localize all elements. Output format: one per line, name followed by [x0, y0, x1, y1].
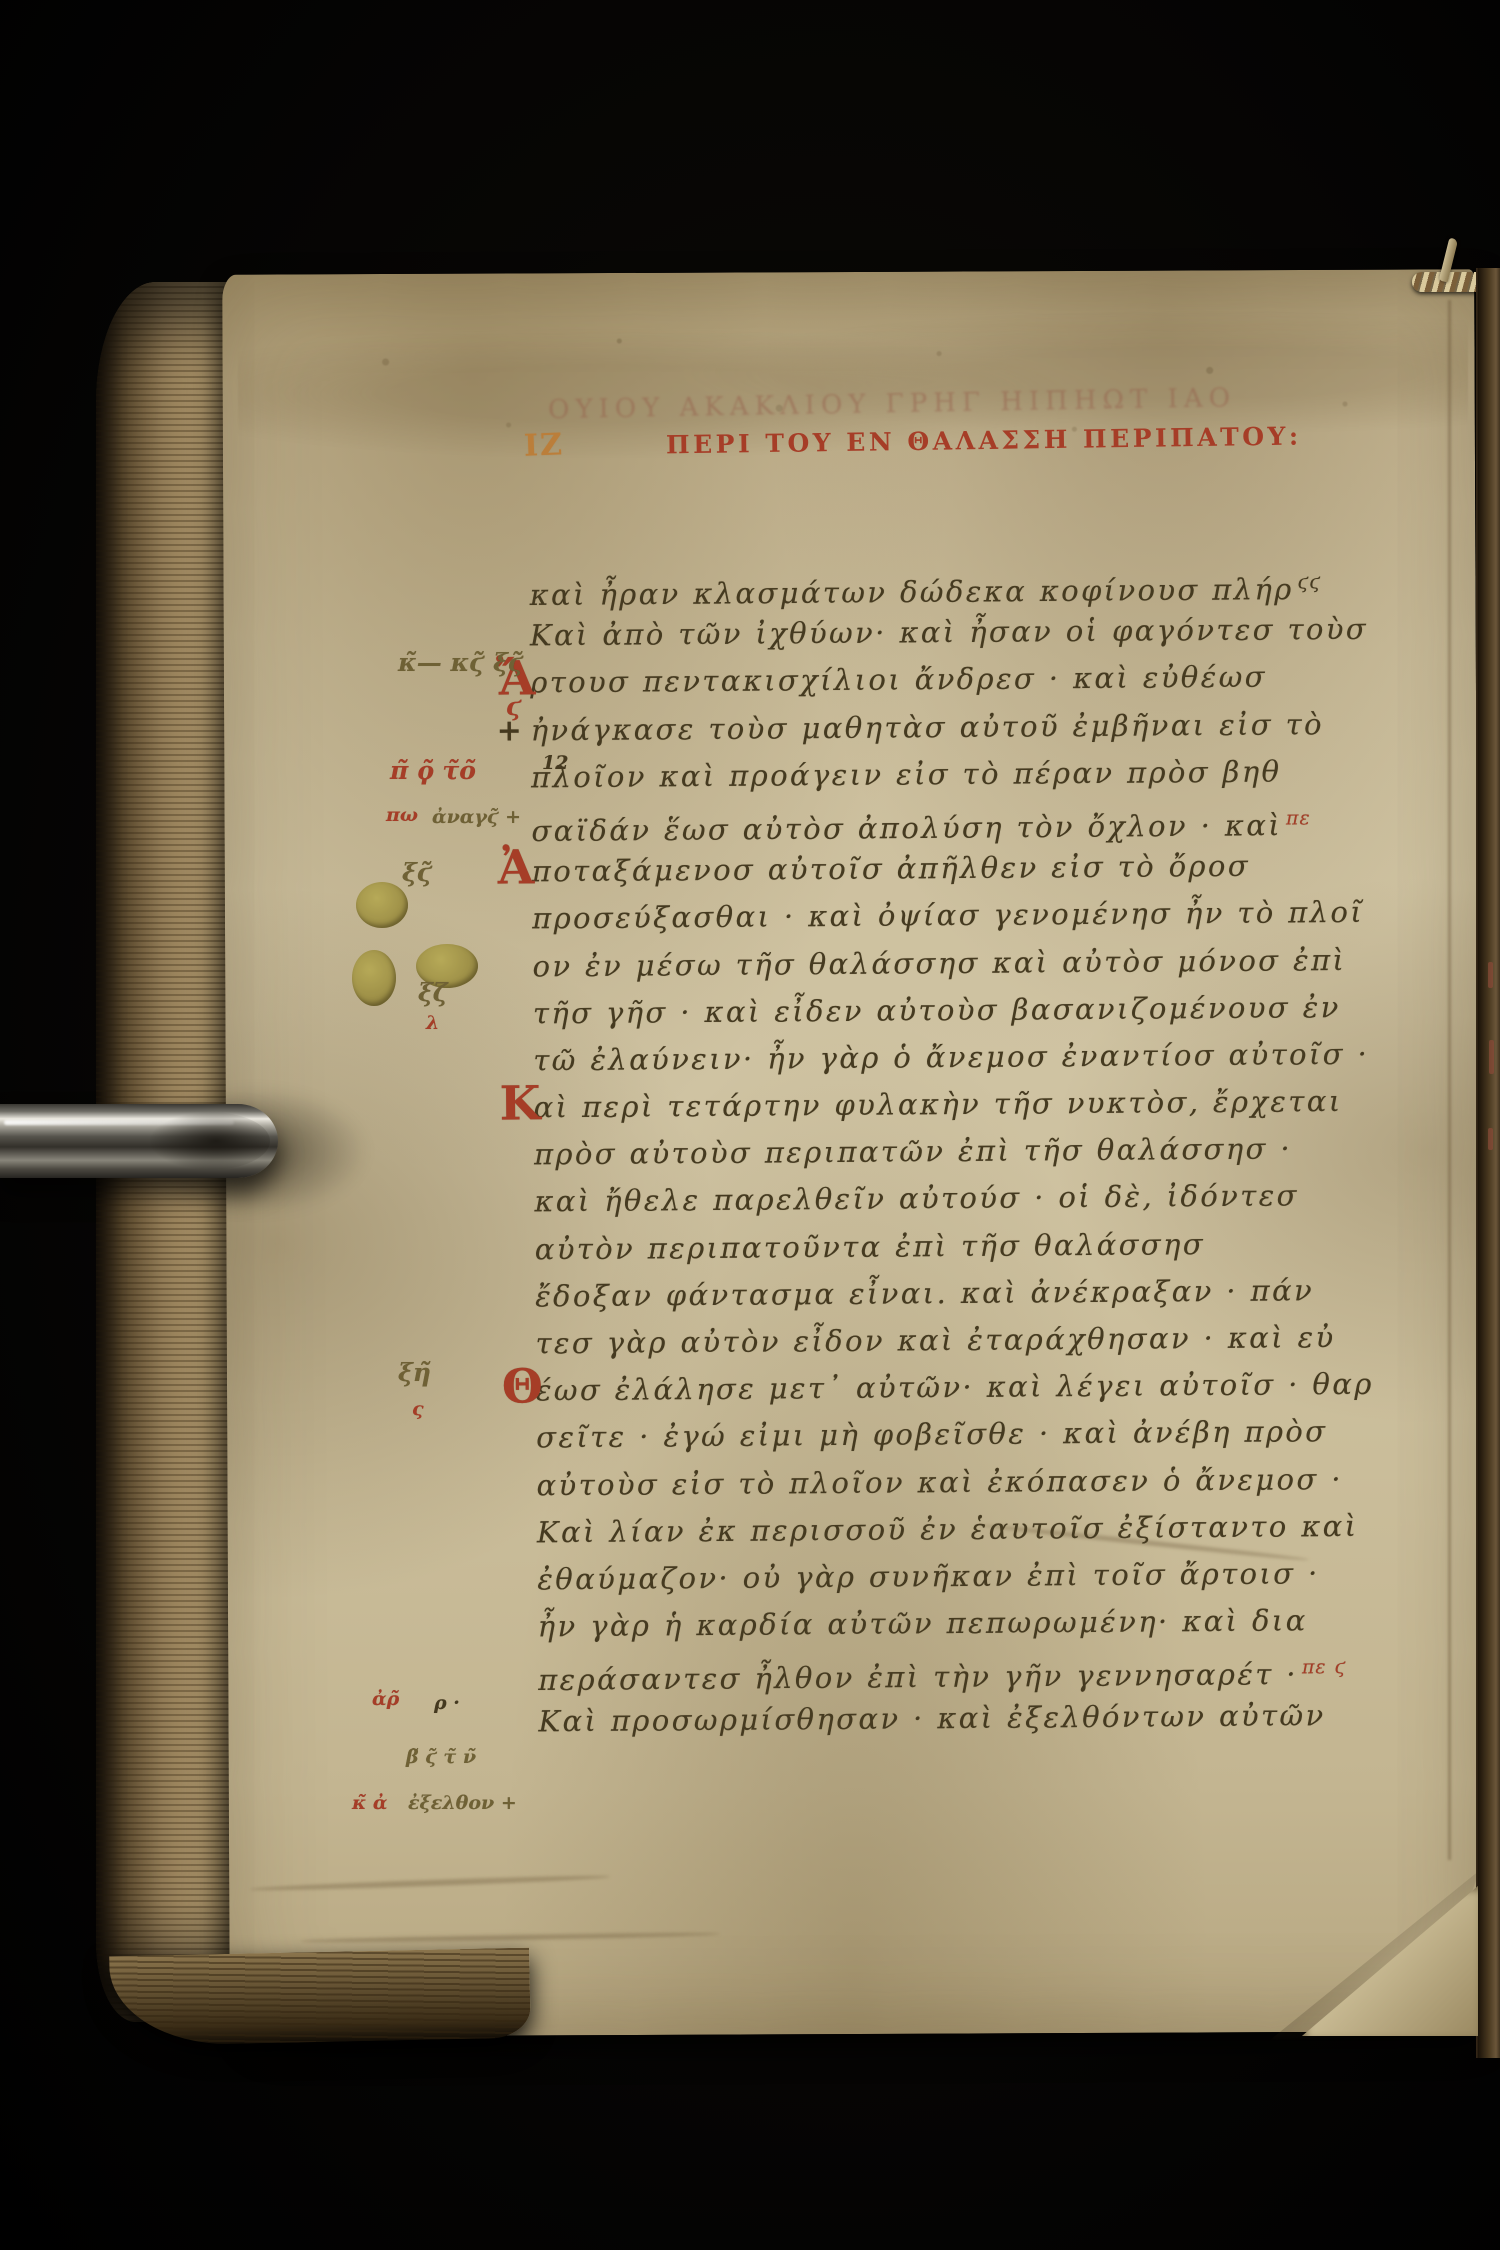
edge-red-mark [1488, 1128, 1493, 1150]
chapter-number: ΙΖ [523, 427, 564, 463]
line-text: πλοῖον καὶ προάγειν εἰσ τὸ πέραν πρὸσ βη… [531, 754, 1282, 794]
text-line: Καὶ ἀπὸ τῶν ἰχθύων· καὶ ἦσαν οἱ φαγόντεσ… [530, 606, 1390, 660]
line-text: ἠνάγκασε τοὺσ μαθητὰσ αὐτοῦ ἐμβῆναι εἰσ … [531, 707, 1325, 747]
line-text: Καὶ προσωρμίσθησαν · καὶ ἐξελθόντων αὐτῶ… [538, 1698, 1325, 1738]
text-block: καὶ ἦραν κλασμάτων δώδεκα κοφίνουσ πλήρϛ… [529, 559, 1398, 1745]
text-line: Ἄρτουσ πεντακισχίλιοι ἄνδρεσ · καὶ εὐθέω… [530, 653, 1390, 707]
line-text: καὶ ἤθελε παρελθεῖν αὐτούσ · οἱ δὲ, ἰδόν… [534, 1179, 1299, 1219]
margin-note-bottom1-dark: ρ · [434, 1692, 460, 1714]
text-line: αὐτοὺσ εἰσ τὸ πλοῖον καὶ ἐκόπασεν ὁ ἄνεμ… [536, 1455, 1396, 1509]
line-text: έωσ ἐλάλησε μετ᾽ αὐτῶν· καὶ λέγει αὐτοῖσ… [536, 1367, 1374, 1408]
line-text: Καὶ λίαν ἐκ περισσοῦ ἐν ἑαυτοῖσ ἐξίσταντ… [537, 1509, 1359, 1549]
drop-cap: Θ [502, 1363, 546, 1410]
wax-stain [352, 950, 396, 1006]
line-text: ον ἐν μέσω τῆσ θαλάσσησ καὶ αὐτὸσ μόνοσ … [532, 942, 1346, 982]
margin-note-canon-row2-num: 12 [542, 752, 568, 774]
text-line: καὶ ἦραν κλασμάτων δώδεκα κοφίνουσ πλήρϛ… [529, 559, 1389, 613]
line-text: Καὶ ἀπὸ τῶν ἰχθύων· καὶ ἦσαν οἱ φαγόντεσ… [530, 612, 1368, 653]
line-text: προσεύξασθαι · καὶ ὀψίασ γενομένησ ἦν τὸ… [532, 895, 1364, 936]
line-text: τῶ ἐλαύνειν· ἦν γὰρ ὁ ἄνεμοσ ἐναντίοσ αὐ… [533, 1037, 1369, 1078]
margin-note-bottom1-red: ἀρ̃ [372, 1688, 399, 1710]
page-crease [1448, 300, 1451, 1860]
text-line: σεῖτε · ἐγώ εἰμι μὴ φοβεῖσθε · καὶ ἀνέβη… [536, 1408, 1396, 1462]
line-text: ποταξάμενοσ αὐτοῖσ ἀπῆλθεν εἰσ τὸ ὄροσ [532, 849, 1250, 889]
line-text: ἐθαύμαζον· οὐ γὰρ συνῆκαν ἐπὶ τοῖσ ἄρτοι… [537, 1556, 1320, 1596]
text-line: ον ἐν μέσω τῆσ θαλάσσησ καὶ αὐτὸσ μόνοσ … [532, 936, 1392, 990]
line-text: σαϊδάν ἕωσ αὐτὸσ ἀπολύση τὸν ὄχλον · καὶ [531, 808, 1282, 848]
line-text: αὐτὸν περιπατοῦντα ἐπὶ τῆσ θαλάσσησ [535, 1227, 1206, 1266]
margin-note-section-67-sub: λ [426, 1012, 439, 1034]
margin-note-bottom3-red: κ̃ ἀ [352, 1792, 387, 1814]
text-line: ἦν γὰρ ἡ καρδία αὐτῶν πεπωρωμένη· καὶ δι… [538, 1597, 1398, 1651]
margin-note-section-68: ξη̃ [398, 1358, 431, 1387]
text-line: Καὶ λίαν ἐκ περισσοῦ ἐν ἑαυτοῖσ ἐξίσταντ… [537, 1502, 1397, 1556]
manuscript-photo: { "photo": { "description_labels": { "ch… [0, 0, 1500, 2250]
abbreviation-mark: ϛϛ [1298, 571, 1321, 593]
edge-red-mark [1488, 962, 1493, 988]
text-line: ἐθαύμαζον· οὐ γὰρ συνῆκαν ἐπὶ τοῖσ ἄρτοι… [537, 1550, 1397, 1604]
line-text: ρτουσ πεντακισχίλιοι ἄνδρεσ · καὶ εὐθέωσ [530, 660, 1267, 700]
margin-note-section-66: ξϛ̃ [402, 858, 432, 887]
margin-note-section-67: ξζ [418, 978, 448, 1007]
wax-stain [356, 882, 408, 928]
edge-red-mark [1489, 1040, 1494, 1074]
line-text: πρὸσ αὐτοὺσ περιπατῶν ἐπὶ τῆσ θαλάσσησ · [534, 1132, 1292, 1172]
text-line: καὶ ἤθελε παρελθεῖν αὐτούσ · οἱ δὲ, ἰδόν… [534, 1172, 1394, 1226]
text-line: πλοῖον καὶ προάγειν εἰσ τὸ πέραν πρὸσ βη… [531, 747, 1391, 801]
margin-note-canon-row3-red: πω [386, 804, 418, 826]
text-line: ἔδοξαν φάντασμα εἶναι. καὶ ἀνέκραξαν · π… [535, 1266, 1395, 1320]
line-text: τεσ γὰρ αὐτὸν εἶδον καὶ ἐταράχθησαν · κα… [535, 1320, 1335, 1360]
text-line: Ἀποταξάμενοσ αὐτοῖσ ἀπῆλθεν εἰσ τὸ ὄροσ [532, 842, 1392, 896]
text-line: Θέωσ ἐλάλησε μετ᾽ αὐτῶν· καὶ λέγει αὐτοῖ… [536, 1361, 1396, 1415]
line-text: καὶ ἦραν κλασμάτων δώδεκα κοφίνουσ πλήρ [529, 572, 1293, 612]
text-line: πρὸσ αὐτοὺσ περιπατῶν ἐπὶ τῆσ θαλάσσησ · [534, 1125, 1394, 1179]
line-text: αὐτοὺσ εἰσ τὸ πλοῖον καὶ ἐκόπασεν ὁ ἄνεμ… [536, 1462, 1343, 1502]
text-line: περάσαντεσ ἦλθον ἐπὶ τὴν γῆν γεννησαρέτ … [538, 1644, 1398, 1698]
text-line: σαϊδάν ἕωσ αὐτὸσ ἀπολύση τὸν ὄχλον · καὶ… [531, 795, 1391, 849]
rubric-note: πε [1286, 807, 1311, 829]
margin-note-bottom3-dark: ἐξελθον + [408, 1792, 517, 1814]
text-line: αὐτὸν περιπατοῦντα ἐπὶ τῆσ θαλάσσησ [535, 1219, 1395, 1273]
bottom-page-edges [109, 1948, 531, 2047]
margin-note-canon-row1: κ̃— κϛ̃ ξϛ̃ [398, 648, 523, 677]
margin-note-canon-row3-olive: ἀναγϛ̃ + [432, 806, 521, 828]
drop-cap: Κ [499, 1080, 543, 1127]
rod-highlight [4, 1120, 234, 1125]
line-text: ἦν γὰρ ἡ καρδία αὐτῶν πεπωρωμένη· καὶ δι… [538, 1603, 1308, 1643]
text-line: Καὶ περὶ τετάρτην φυλακὴν τῆσ νυκτὸσ, ἔρ… [533, 1078, 1393, 1132]
rubric-note: πε ϛ [1302, 1656, 1347, 1678]
margin-note-bottom2: β̃ ϛ̃ τ̃ ν̃ [406, 1746, 476, 1768]
text-line: προσεύξασθαι · καὶ ὀψίασ γενομένησ ἦν τὸ… [532, 889, 1392, 943]
margin-note-canon-row1-sub: ϛ [506, 692, 521, 721]
glass-rod [0, 1104, 278, 1178]
text-line: τῆσ γῆσ · καὶ εἶδεν αὐτοὺσ βασανιζομένου… [533, 983, 1393, 1037]
margin-note-section-68-sub: ς [412, 1398, 424, 1420]
text-line: Καὶ προσωρμίσθησαν · καὶ ἐξελθόντων αὐτῶ… [538, 1691, 1398, 1745]
line-text: περάσαντεσ ἦλθον ἐπὶ τὴν γῆν γεννησαρέτ … [538, 1657, 1298, 1697]
margin-note-canon-row2: π̃ ϙ̃ τ̃ο̃ [390, 756, 476, 785]
line-text: ἔδοξαν φάντασμα εἶναι. καὶ ἀνέκραξαν · π… [535, 1273, 1314, 1313]
line-text: σεῖτε · ἐγώ εἰμι μὴ φοβεῖσθε · καὶ ἀνέβη… [536, 1415, 1327, 1455]
line-text: αὶ περὶ τετάρτην φυλακὴν τῆσ νυκτὸσ, ἔρχ… [534, 1084, 1343, 1124]
line-text: τῆσ γῆσ · καὶ εἶδεν αὐτοὺσ βασανιζομένου… [533, 990, 1341, 1030]
text-line: τεσ γὰρ αὐτὸν εἶδον καὶ ἐταράχθησαν · κα… [535, 1314, 1395, 1368]
right-page-edge [1476, 268, 1500, 2058]
text-line: τῶ ἐλαύνειν· ἦν γὰρ ὁ ἄνεμοσ ἐναντίοσ αὐ… [533, 1031, 1393, 1085]
drop-cap: Ἀ [498, 844, 537, 891]
text-line: +ἠνάγκασε τοὺσ μαθητὰσ αὐτοῦ ἐμβῆναι εἰσ… [530, 700, 1390, 754]
